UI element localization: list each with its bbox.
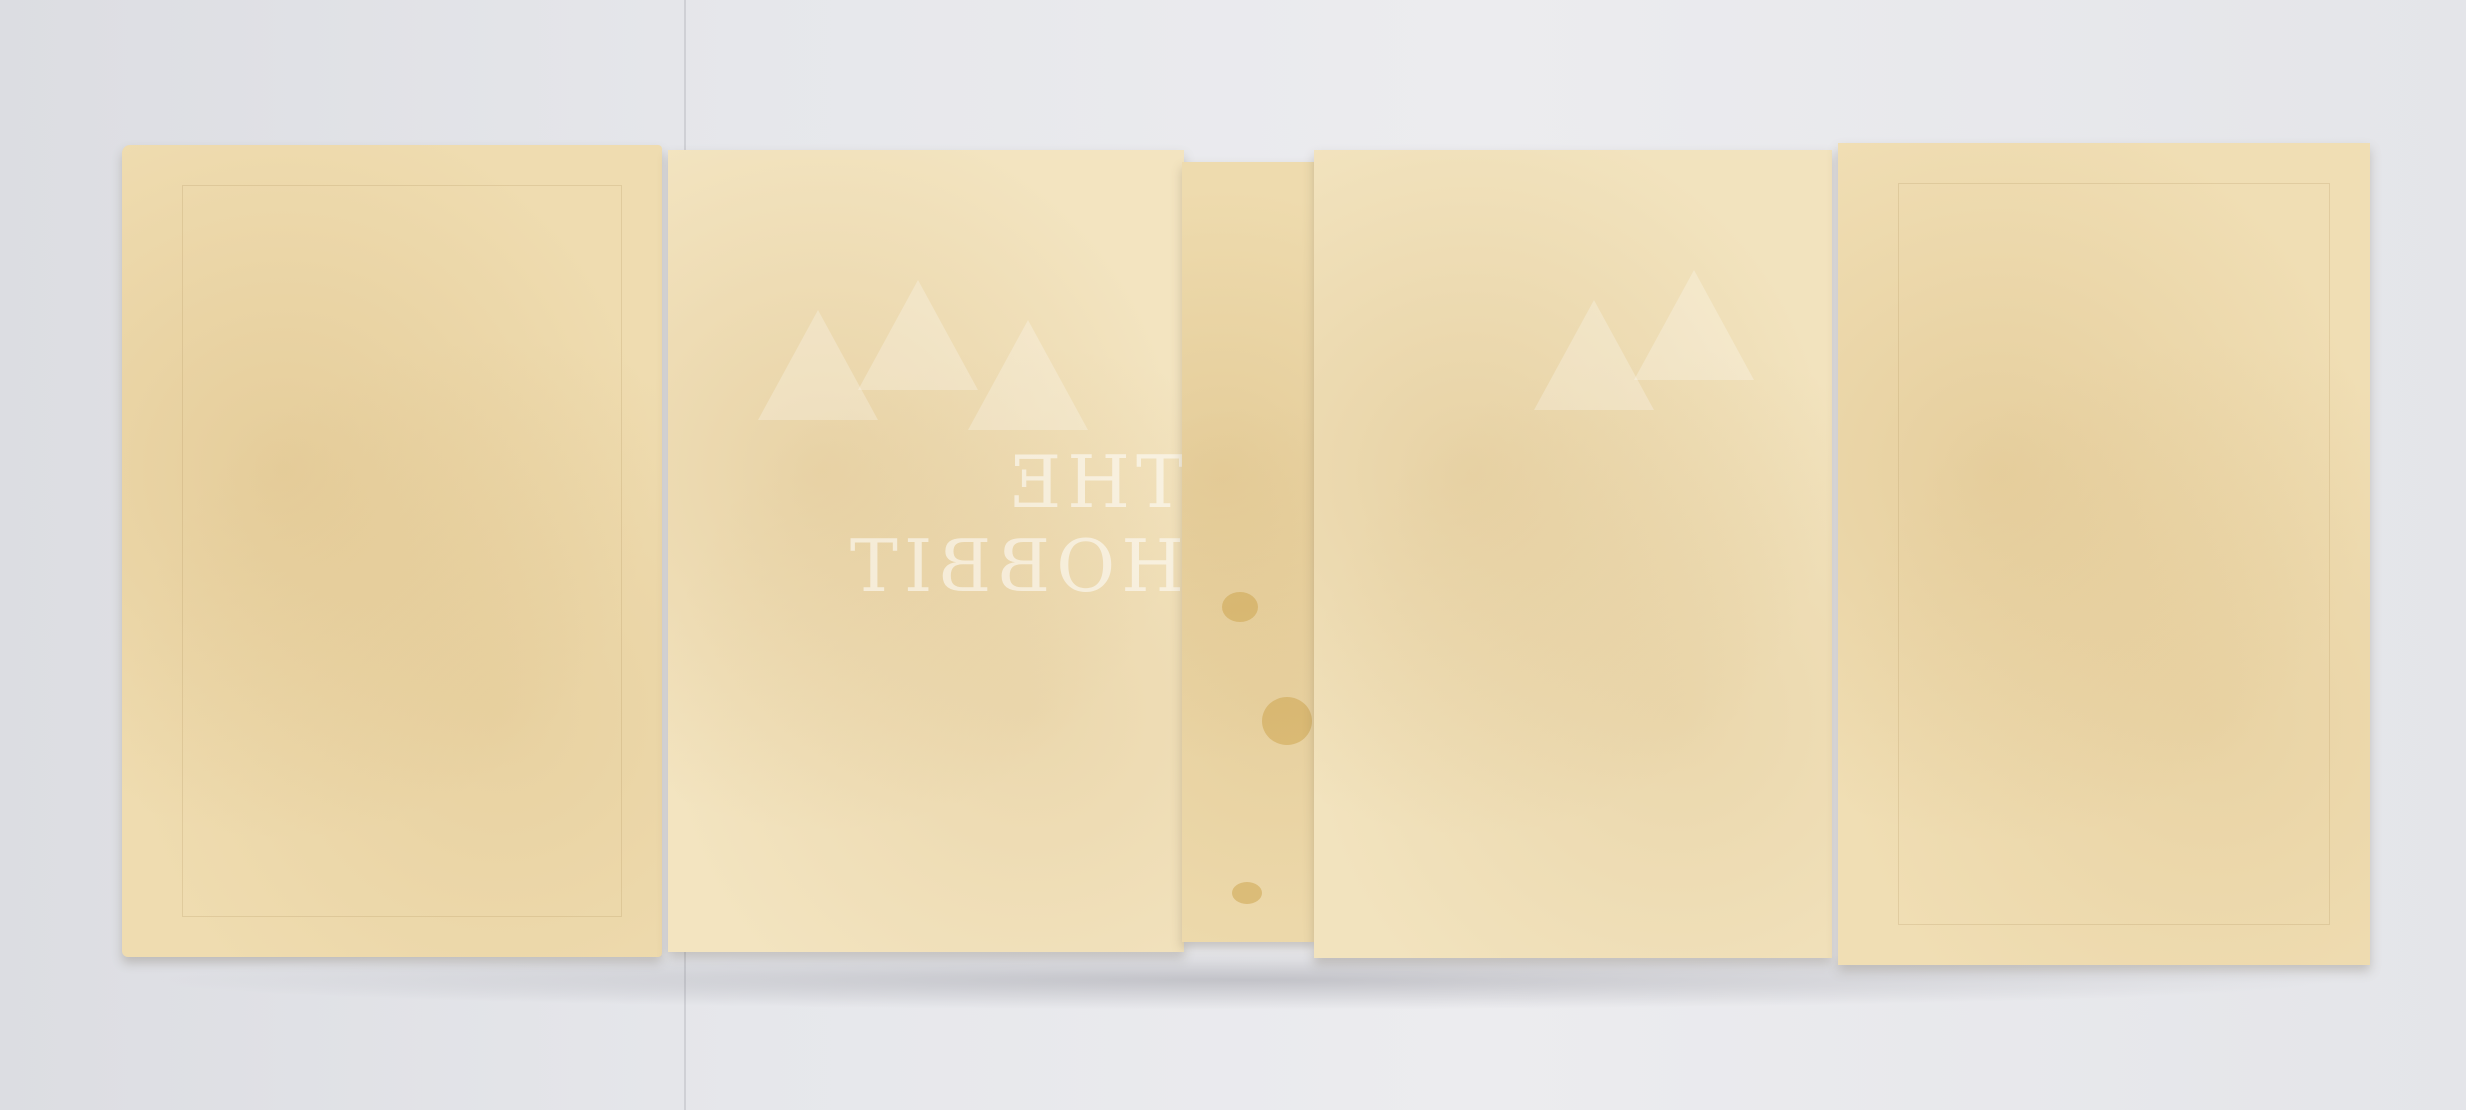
mountain-showthrough	[1634, 270, 1754, 380]
water-stain	[1262, 697, 1312, 745]
left-flap-border	[182, 185, 622, 917]
front-panel	[1314, 150, 1832, 958]
spine-panel	[1182, 162, 1316, 942]
mountain-showthrough	[858, 280, 978, 390]
left-flap-panel	[122, 145, 662, 957]
water-stain	[1222, 592, 1258, 622]
reversed-title-showthrough: THE HOBBIT	[778, 440, 1184, 608]
water-stain	[1232, 882, 1262, 904]
right-flap-panel	[1838, 143, 2370, 965]
right-flap-border	[1898, 183, 2330, 925]
back-panel: THE HOBBIT	[668, 150, 1184, 952]
mountain-showthrough	[968, 320, 1088, 430]
